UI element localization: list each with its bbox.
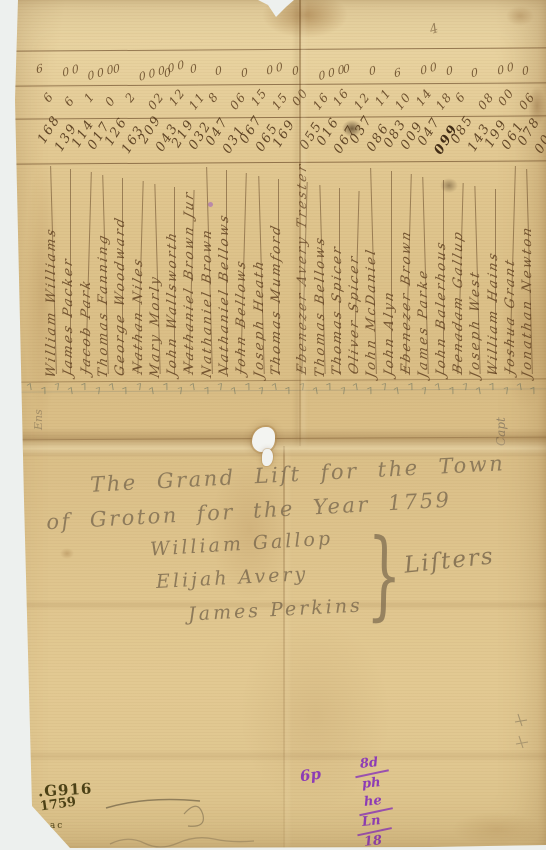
check-mark: 4 bbox=[428, 21, 441, 38]
ruled-line bbox=[15, 47, 546, 51]
paper-stain bbox=[506, 6, 534, 26]
rate-value: 18 bbox=[433, 89, 455, 112]
rate-value: 1 bbox=[81, 89, 98, 105]
rate-value: 16 bbox=[330, 85, 352, 108]
zero-value: 0 bbox=[240, 65, 251, 81]
zero-value: 0 bbox=[522, 63, 533, 79]
rate-value: 8 bbox=[205, 89, 222, 105]
tally-mark: 7 bbox=[40, 386, 49, 397]
rate-value: 12 bbox=[166, 85, 188, 108]
ruled-line bbox=[15, 82, 546, 86]
sum-note-vertical: £112 6s – 13 bbox=[10, 653, 28, 749]
zero-value: 00 bbox=[266, 59, 287, 78]
catalog-code: icac bbox=[38, 821, 64, 831]
curly-brace: } bbox=[366, 518, 403, 631]
tally-mark: 7 bbox=[148, 386, 158, 398]
rate-value: 08 bbox=[475, 89, 497, 112]
tally-mark: 7 bbox=[393, 386, 403, 398]
zero-value: 00 bbox=[61, 61, 82, 80]
taxpayer-name: William Williams bbox=[44, 226, 59, 380]
rate-value: 11 bbox=[186, 89, 208, 112]
rate-value: 00 bbox=[495, 85, 517, 108]
zero-value: 0 bbox=[470, 65, 481, 81]
purple-annotation: 6p bbox=[299, 765, 322, 786]
rate-value: 16 bbox=[310, 89, 332, 112]
taxpayer-name: Thomas Mumford bbox=[269, 222, 284, 378]
rate-value: 15 bbox=[248, 85, 270, 108]
taxpayer-name: Joseph Heath bbox=[252, 257, 267, 379]
lister-signature: William Gallop bbox=[149, 527, 333, 560]
paper-stain bbox=[60, 548, 74, 559]
tally-mark: 7 bbox=[176, 386, 184, 397]
purple-annotation-line: 8d bbox=[359, 755, 379, 772]
tally-mark: 7 bbox=[407, 382, 416, 393]
zero-value: 0 bbox=[163, 65, 174, 81]
zero-value: 0 bbox=[189, 61, 200, 77]
pencil-squiggle bbox=[108, 832, 268, 850]
zero-value: 0 bbox=[368, 63, 379, 79]
rate-value: 12 bbox=[351, 89, 373, 112]
taxpayer-name: John Balerhous bbox=[434, 238, 449, 377]
tally-mark: 7 bbox=[515, 382, 525, 394]
taxpayer-name: John Alyn bbox=[382, 288, 397, 377]
taxpayer-name: Jacob Park bbox=[79, 276, 94, 376]
tally-mark: 7 bbox=[122, 386, 131, 397]
paper-stain bbox=[452, 812, 542, 846]
zero-value: 00 bbox=[496, 59, 517, 78]
pencil-squiggle bbox=[104, 788, 224, 832]
zero-value: 00 bbox=[419, 59, 440, 78]
rate-value: 02 bbox=[145, 89, 167, 112]
purple-annotation-line: 18 bbox=[363, 833, 383, 850]
rate-value: 06 bbox=[516, 89, 538, 112]
tally-mark: 7 bbox=[434, 382, 444, 394]
tally-mark: 7 bbox=[285, 386, 294, 397]
rate-value: 06 bbox=[227, 89, 249, 112]
catalog-code: .559 bbox=[36, 841, 66, 850]
taxpayer-name: Ebenezer Avery Trester bbox=[295, 161, 310, 377]
taxpayer-name: Oliver Spicer bbox=[347, 253, 362, 377]
tally-mark: 7 bbox=[271, 382, 281, 394]
lister-signature: Elijah Avery bbox=[156, 563, 309, 593]
listers-label: Liſters bbox=[403, 543, 496, 578]
rate-value: 6 bbox=[61, 93, 78, 109]
zero-value: 0 bbox=[214, 63, 225, 79]
taxpayer-name: Joshua Grant bbox=[503, 256, 518, 377]
vertical-fold-crease bbox=[299, 0, 301, 446]
rate-value: 6 bbox=[452, 89, 469, 105]
taxpayer-name: James Packer bbox=[61, 255, 76, 378]
rate-value: 2 bbox=[123, 89, 140, 105]
zero-value: 0 bbox=[445, 63, 456, 79]
ruled-line bbox=[15, 160, 546, 164]
tally-mark: 7 bbox=[352, 382, 362, 394]
taxpayer-name: Ebenezer Brown bbox=[399, 227, 414, 376]
rate-value: 14 bbox=[413, 85, 435, 108]
taxpayer-name: Thomas Spicer bbox=[330, 243, 345, 378]
scanned-document: 60000000000000000000000060000000 6610202… bbox=[0, 0, 546, 850]
tally-mark: 7 bbox=[366, 386, 375, 397]
taxpayer-name: John McDaniel bbox=[364, 246, 379, 379]
zero-value: 6 bbox=[35, 61, 46, 77]
rate-value: 0 bbox=[102, 93, 119, 109]
rate-value: 15 bbox=[269, 89, 291, 112]
tally-mark: 7 bbox=[244, 382, 253, 393]
taxpayer-name: Nathaniel Brown bbox=[200, 226, 215, 379]
paper-stain bbox=[262, 0, 348, 38]
taxpayer-name: Benadam Gallup bbox=[451, 228, 466, 376]
tally-mark: 7 bbox=[380, 382, 388, 393]
zero-value: 6 bbox=[394, 65, 405, 81]
tally-mark: 7 bbox=[203, 386, 212, 397]
ink-fleck bbox=[208, 202, 213, 207]
zero-value: 0 bbox=[112, 61, 123, 77]
manuscript-page: 60000000000000000000000060000000 6610202… bbox=[0, 0, 546, 850]
taxpayer-name: George Woodward bbox=[113, 214, 128, 377]
tally-mark: 7 bbox=[230, 386, 240, 398]
taxpayer-name: Thomas Fanning bbox=[96, 232, 111, 379]
taxpayer-name: William Hains bbox=[486, 249, 501, 378]
tally-mark: 7 bbox=[462, 382, 470, 393]
taxpayer-name: Mary Morly bbox=[148, 273, 163, 379]
taxpayer-name: Jonathan Newton bbox=[520, 224, 535, 379]
zero-value: 0 bbox=[291, 63, 302, 79]
taxpayer-name: Nathaniel Bellows bbox=[217, 211, 232, 377]
rate-value: 11 bbox=[372, 85, 394, 108]
taxpayer-name: Nathan Niles bbox=[131, 255, 146, 376]
tally-mark: 7 bbox=[67, 386, 77, 398]
tally-mark: 7 bbox=[189, 382, 199, 394]
rank-prefix-left: Ens bbox=[32, 409, 45, 430]
purple-annotation-line: he bbox=[363, 793, 382, 810]
amount-value: 169 bbox=[270, 116, 299, 150]
rate-value: 10 bbox=[392, 89, 414, 112]
tally-mark: 7 bbox=[311, 386, 321, 398]
purple-annotation-line: ph bbox=[361, 775, 381, 792]
taxpayer-name: John Bellows bbox=[234, 257, 249, 376]
tally-mark: 7 bbox=[217, 382, 225, 393]
taxpayer-name: Nathaniel Brown Jur bbox=[182, 188, 197, 376]
tally-mark: 7 bbox=[258, 386, 266, 397]
zero-value: 0 bbox=[342, 61, 353, 77]
tally-mark: 7 bbox=[95, 386, 103, 397]
purple-annotation-line: Ln bbox=[361, 813, 381, 830]
taxpayer-name: John Wallsworth bbox=[165, 229, 180, 378]
taxpayer-name: Thomas Bellows bbox=[313, 234, 328, 379]
horizontal-fold-crease bbox=[0, 750, 546, 762]
taxpayer-name: James Parke bbox=[416, 267, 431, 379]
taxpayer-name: Joseph West bbox=[468, 268, 483, 379]
tally-mark: 7 bbox=[326, 382, 335, 393]
rate-value: 6 bbox=[40, 89, 57, 105]
tally-mark: 7 bbox=[54, 382, 62, 393]
tally-mark: 7 bbox=[162, 382, 171, 393]
tally-mark: 7 bbox=[340, 386, 348, 397]
